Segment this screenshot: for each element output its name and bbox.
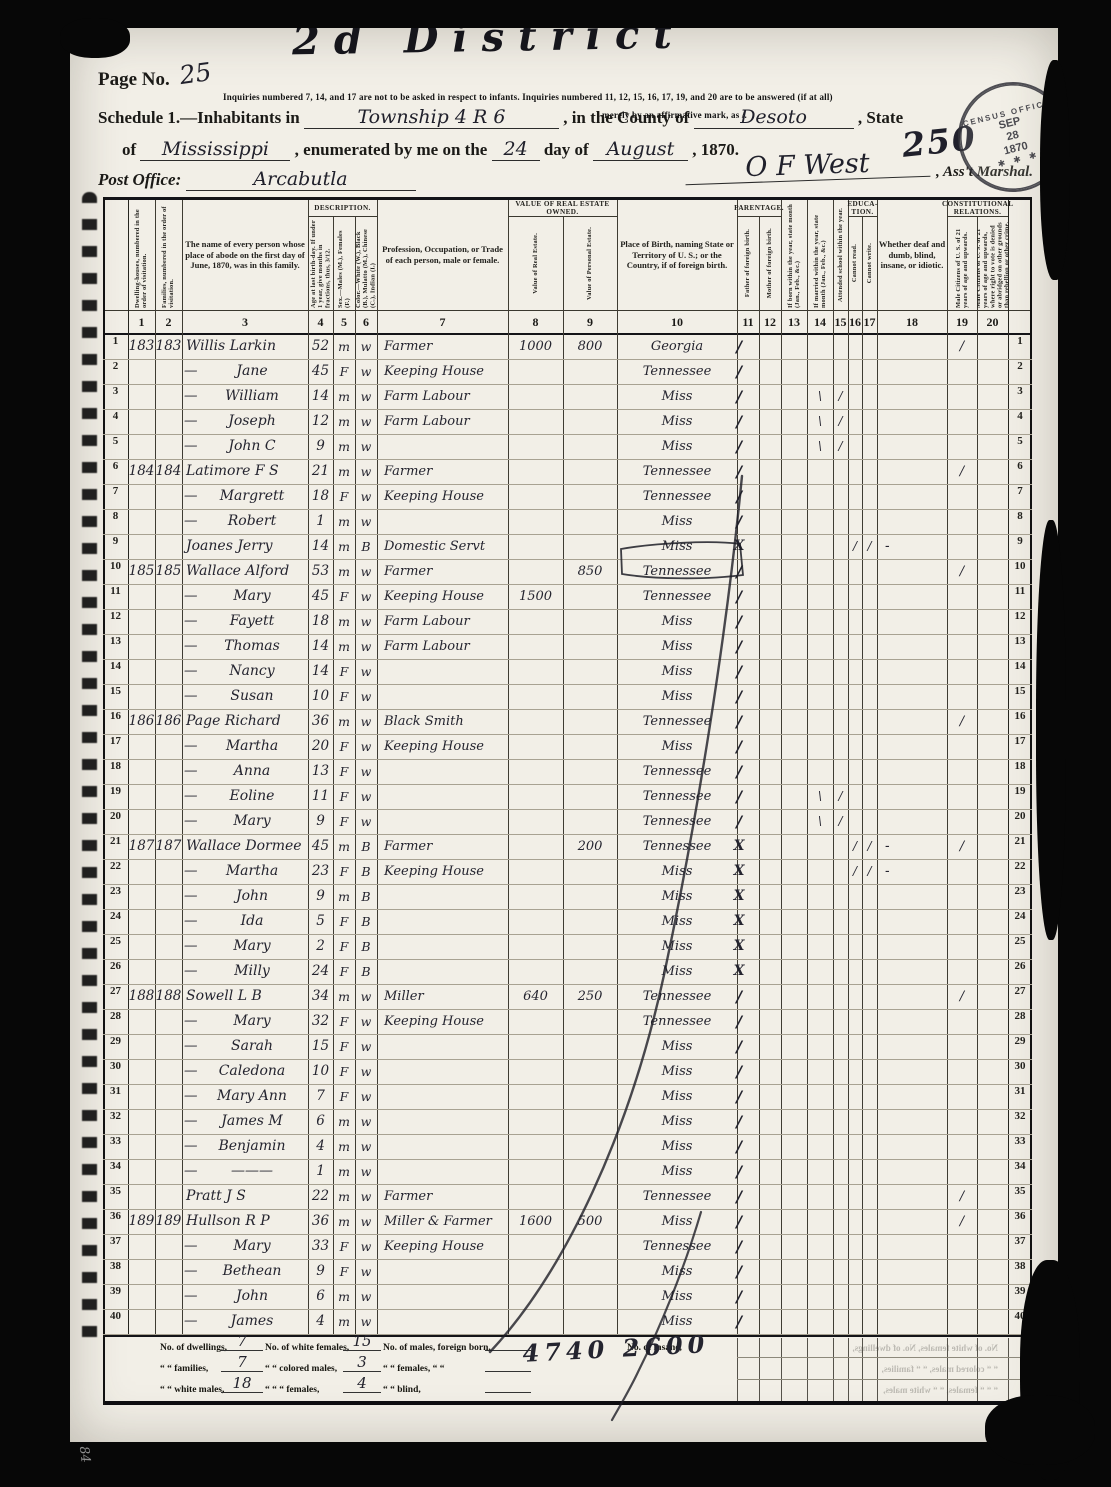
- cell-o: Keeping House: [377, 735, 515, 760]
- birthplace-tally-mark: /: [728, 985, 750, 1010]
- cell-a: 53: [308, 560, 333, 585]
- cell-s: m: [333, 1110, 355, 1135]
- column-number-2: 2: [155, 311, 182, 333]
- column-header-label: Place of Birth, naming State or Territor…: [618, 239, 736, 271]
- cell-a: 45: [308, 835, 333, 860]
- cell-a: 18: [308, 485, 333, 510]
- name-ditto-dash: —: [184, 610, 202, 635]
- cell-o: Domestic Servt: [377, 535, 515, 560]
- post-office-value: Arcabutla: [186, 170, 416, 191]
- cell-m19: /: [947, 335, 977, 360]
- cell-c: w: [355, 385, 377, 410]
- row-number-right: 13: [1008, 635, 1032, 660]
- cell-c: w: [355, 585, 377, 610]
- cell-c: w: [355, 1185, 377, 1210]
- table-row: 292915FwMissSarah—/: [103, 1035, 1032, 1060]
- cell-o: Keeping House: [377, 485, 515, 510]
- column-header-label: Profession, Occupation, or Trade of each…: [378, 244, 507, 265]
- row-number-right: 26: [1008, 960, 1032, 985]
- cell-m14: \: [807, 410, 833, 435]
- cell-m15: /: [833, 410, 848, 435]
- cell-d: 187: [128, 835, 155, 860]
- cell-pe: 500: [563, 1210, 617, 1235]
- scan-border-bottom: [0, 1442, 1111, 1487]
- column-group-header: Educa- tion.: [848, 200, 877, 217]
- cell-name: Latimore F S: [182, 460, 308, 485]
- row-number-right: 34: [1008, 1160, 1032, 1185]
- cell-c: B: [355, 535, 377, 560]
- row-number-right: 24: [1008, 910, 1032, 935]
- cell-s: m: [333, 410, 355, 435]
- cell-c: w: [355, 485, 377, 510]
- cell-a: 24: [308, 960, 333, 985]
- row-number-left: 26: [103, 960, 128, 985]
- row-number-right: 23: [1008, 885, 1032, 910]
- cell-s: m: [333, 435, 355, 460]
- census-table: Description.Value of Real Estate Owned.P…: [103, 197, 1032, 1405]
- cell-m16: /: [848, 835, 862, 860]
- cell-m15: /: [833, 810, 848, 835]
- column-header-11: Father of foreign birth.: [737, 217, 759, 310]
- table-row: 212118718745mBFarmer200Tennessee//-/Wall…: [103, 835, 1032, 860]
- cell-a: 2: [308, 935, 333, 960]
- cell-pb: Tennessee: [617, 760, 737, 785]
- row-number-left: 5: [103, 435, 128, 460]
- row-number-right: 37: [1008, 1235, 1032, 1260]
- cell-a: 45: [308, 360, 333, 385]
- cell-pb: Miss: [617, 860, 737, 885]
- column-number-17: 17: [862, 311, 877, 333]
- column-number-10: 10: [617, 311, 737, 333]
- footer-value-b: 4: [343, 1376, 381, 1393]
- birthplace-tally-mark: /: [728, 1035, 750, 1060]
- cell-m17: /: [862, 860, 877, 885]
- cell-c: w: [355, 510, 377, 535]
- cell-c: w: [355, 735, 377, 760]
- table-row: 171720FwKeeping HouseMissMartha—/: [103, 735, 1032, 760]
- name-ditto-dash: —: [184, 885, 202, 910]
- footer-value-b: 3: [343, 1355, 381, 1372]
- birthplace-tally-mark: /: [728, 360, 750, 385]
- row-number-right: 9: [1008, 535, 1032, 560]
- instructions-part-2: Inquiries numbered 11, 12, 15, 16, 17, 1…: [522, 92, 833, 102]
- footer-column-line: [1008, 1338, 1009, 1401]
- column-number-19: 19: [947, 311, 977, 333]
- cell-re: 1500: [508, 585, 563, 610]
- schedule-title-line-2: of Mississippi , enumerated by me on the…: [122, 140, 739, 161]
- cell-m15: /: [833, 385, 848, 410]
- row-number-left: 14: [103, 660, 128, 685]
- table-row: 9914mBDomestic ServtMiss//-Joanes JerryX: [103, 535, 1032, 560]
- cell-a: 10: [308, 1060, 333, 1085]
- row-number-right: 28: [1008, 1010, 1032, 1035]
- cell-pb: Miss: [617, 535, 737, 560]
- state-value: Mississippi: [140, 140, 290, 161]
- row-number-left: 1: [103, 335, 128, 360]
- name-ditto-dash: —: [184, 1285, 202, 1310]
- cell-pb: Tennessee: [617, 485, 737, 510]
- cell-m16: /: [848, 535, 862, 560]
- row-number-right: 29: [1008, 1035, 1032, 1060]
- row-number-right: 25: [1008, 935, 1032, 960]
- cell-s: F: [333, 1235, 355, 1260]
- row-number-left: 15: [103, 685, 128, 710]
- birthplace-tally-mark: X: [728, 535, 750, 560]
- birthplace-tally-mark: /: [728, 635, 750, 660]
- cell-pb: Miss: [617, 885, 737, 910]
- footer-bleedthrough-text: No. of white females, No. of dwellings,: [678, 1343, 998, 1353]
- cell-s: m: [333, 385, 355, 410]
- cell-re: 1600: [508, 1210, 563, 1235]
- cell-a: 14: [308, 385, 333, 410]
- column-number-6: 6: [355, 311, 377, 333]
- name-ditto-dash: —: [184, 485, 202, 510]
- footer-value-a: 7: [221, 1334, 263, 1351]
- table-row: 222223FBKeeping HouseMiss//-Martha—X: [103, 860, 1032, 885]
- row-number-left: 34: [103, 1160, 128, 1185]
- footer-label-a: No. of dwellings,: [160, 1343, 227, 1353]
- cell-a: 9: [308, 435, 333, 460]
- name-ditto-dash: —: [184, 910, 202, 935]
- column-header-label: Cannot write.: [866, 243, 873, 283]
- cell-m14: \: [807, 435, 833, 460]
- cell-s: F: [333, 1010, 355, 1035]
- column-header-3: The name of every person whose place of …: [182, 200, 308, 310]
- rule-line: [103, 1401, 1032, 1405]
- table-row: 121218mwFarm LabourMissFayett—/: [103, 610, 1032, 635]
- column-number-11: 11: [737, 311, 759, 333]
- name-ditto-dash: —: [184, 410, 202, 435]
- row-number-right: 10: [1008, 560, 1032, 585]
- cell-s: m: [333, 1135, 355, 1160]
- birthplace-tally-mark: /: [728, 435, 750, 460]
- cell-name: Willis Larkin: [182, 335, 308, 360]
- cell-s: m: [333, 460, 355, 485]
- column-number-12: 12: [759, 311, 781, 333]
- cell-c: w: [355, 1035, 377, 1060]
- row-number-left: 7: [103, 485, 128, 510]
- column-header-17: Cannot write.: [862, 217, 877, 310]
- birthplace-tally-mark: /: [728, 710, 750, 735]
- column-header-label: Attended school within the year.: [837, 208, 844, 302]
- column-header-label: Male Citizens of U. S. of 21 years of ag…: [977, 219, 1008, 308]
- cell-m19: /: [947, 835, 977, 860]
- cell-c: w: [355, 1010, 377, 1035]
- cell-o: Farm Labour: [377, 410, 515, 435]
- footer-label-c: “ “ blind,: [383, 1385, 421, 1395]
- footer-label-c: No. of males, foreign born,: [383, 1343, 491, 1353]
- birthplace-tally-mark: /: [728, 410, 750, 435]
- name-ditto-dash: —: [184, 660, 202, 685]
- cell-o: Miller & Farmer: [377, 1210, 515, 1235]
- cell-a: 36: [308, 710, 333, 735]
- column-header-label: Value of Real Estate.: [532, 233, 539, 294]
- cell-pb: Miss: [617, 685, 737, 710]
- cell-name: Page Richard: [182, 710, 308, 735]
- column-number-20: 20: [977, 311, 1008, 333]
- cell-a: 4: [308, 1135, 333, 1160]
- cell-pb: Miss: [617, 1085, 737, 1110]
- cell-s: F: [333, 485, 355, 510]
- birthplace-tally-mark: /: [728, 1210, 750, 1235]
- cell-a: 14: [308, 660, 333, 685]
- name-ditto-dash: —: [184, 1260, 202, 1285]
- cell-c: w: [355, 1285, 377, 1310]
- row-number-left: 33: [103, 1135, 128, 1160]
- cell-a: 7: [308, 1085, 333, 1110]
- cell-c: B: [355, 835, 377, 860]
- cell-m19: /: [947, 1185, 977, 1210]
- table-row: 353522mwFarmerTennessee/Pratt J S/: [103, 1185, 1032, 1210]
- footer-label-a: “ “ white males,: [160, 1385, 224, 1395]
- column-header-7: Profession, Occupation, or Trade of each…: [377, 200, 508, 310]
- column-header-19: Male Citizens of U. S. of 21 years of ag…: [947, 217, 977, 310]
- cell-o: Keeping House: [377, 860, 515, 885]
- row-number-right: 30: [1008, 1060, 1032, 1085]
- cell-c: w: [355, 560, 377, 585]
- cell-c: w: [355, 810, 377, 835]
- cell-o: Keeping House: [377, 360, 515, 385]
- cell-pb: Tennessee: [617, 1235, 737, 1260]
- birthplace-tally-mark: /: [728, 1160, 750, 1185]
- table-row: 3314mwFarm LabourMiss\/William—/: [103, 385, 1032, 410]
- table-row: 2245FwKeeping HouseTennesseeJane—/: [103, 360, 1032, 385]
- row-number-left: 9: [103, 535, 128, 560]
- table-row: 34341mwMiss————/: [103, 1160, 1032, 1185]
- row-number-left: 30: [103, 1060, 128, 1085]
- row-number-right: 1: [1008, 335, 1032, 360]
- birthplace-tally-mark: /: [728, 685, 750, 710]
- cell-pe: 800: [563, 335, 617, 360]
- table-row: 31317FwMissMary Ann—/: [103, 1085, 1032, 1110]
- cell-o: Keeping House: [377, 1010, 515, 1035]
- row-number-right: 36: [1008, 1210, 1032, 1235]
- day-label: day of: [544, 140, 589, 159]
- binding-holes: [82, 192, 97, 1352]
- footer-value-b: 15: [343, 1334, 381, 1351]
- column-number-14: 14: [807, 311, 833, 333]
- cell-m19: /: [947, 460, 977, 485]
- birthplace-tally-mark: /: [728, 585, 750, 610]
- cell-pb: Tennessee: [617, 585, 737, 610]
- scan-border-left: [0, 0, 70, 1487]
- cell-c: w: [355, 360, 377, 385]
- township-value: Township 4 R 6: [304, 108, 559, 129]
- birthplace-tally-mark: /: [728, 1085, 750, 1110]
- name-ditto-dash: —: [184, 935, 202, 960]
- name-ditto-dash: —: [184, 385, 202, 410]
- cell-m16: /: [848, 860, 862, 885]
- name-ditto-dash: —: [184, 510, 202, 535]
- column-header-label: Value of Personal Estate.: [586, 227, 593, 300]
- cell-a: 4: [308, 1310, 333, 1335]
- row-number-right: 3: [1008, 385, 1032, 410]
- cell-s: F: [333, 935, 355, 960]
- row-number-right: 2: [1008, 360, 1032, 385]
- cell-a: 9: [308, 810, 333, 835]
- table-row: 373733FwKeeping HouseTennesseeMary—/: [103, 1235, 1032, 1260]
- cell-a: 13: [308, 760, 333, 785]
- cell-pb: Tennessee: [617, 460, 737, 485]
- row-number-left: 22: [103, 860, 128, 885]
- cell-f: 185: [155, 560, 182, 585]
- name-ditto-dash: —: [184, 785, 202, 810]
- table-row: 23239mBMissJohn—X: [103, 885, 1032, 910]
- cell-a: 20: [308, 735, 333, 760]
- column-group-header: Constitutional Relations.: [947, 200, 1008, 217]
- table-row: 25252FBMissMary—X: [103, 935, 1032, 960]
- cell-pe: 850: [563, 560, 617, 585]
- column-header-5: Sex.—Males (M.), Females (F.): [333, 217, 355, 310]
- column-header-1: Dwelling-houses, numbered in the order o…: [128, 200, 155, 310]
- column-header-8: Value of Real Estate.: [508, 217, 563, 310]
- cell-c: w: [355, 1085, 377, 1110]
- cell-re: 1000: [508, 335, 563, 360]
- cell-o: Farm Labour: [377, 610, 515, 635]
- table-row: 191911FwTennessee\/Eoline—/: [103, 785, 1032, 810]
- row-number-right: 22: [1008, 860, 1032, 885]
- row-number-right: 27: [1008, 985, 1032, 1010]
- county-label: , in the County of: [563, 108, 689, 127]
- row-number-left: 6: [103, 460, 128, 485]
- cell-pb: Miss: [617, 935, 737, 960]
- cell-m17: /: [862, 535, 877, 560]
- cell-f: 188: [155, 985, 182, 1010]
- scan-blemish: [985, 1395, 1095, 1465]
- cell-f: 184: [155, 460, 182, 485]
- birthplace-tally-mark: X: [728, 960, 750, 985]
- cell-a: 1: [308, 1160, 333, 1185]
- cell-m19: /: [947, 560, 977, 585]
- column-number-8: 8: [508, 311, 563, 333]
- birthplace-tally-mark: /: [728, 460, 750, 485]
- enumerated-label: , enumerated by me on the: [295, 140, 488, 159]
- cell-c: w: [355, 435, 377, 460]
- cell-s: F: [333, 1035, 355, 1060]
- birthplace-tally-mark: /: [728, 735, 750, 760]
- row-number-left: 36: [103, 1210, 128, 1235]
- cell-s: m: [333, 710, 355, 735]
- column-header-label: Male Citizens of U. S. of 21 years of ag…: [955, 219, 969, 308]
- scan-blemish: [60, 18, 130, 58]
- column-header-9: Value of Personal Estate.: [563, 217, 617, 310]
- cell-c: B: [355, 960, 377, 985]
- row-number-left: 17: [103, 735, 128, 760]
- cell-c: w: [355, 1210, 377, 1235]
- cell-o: Farmer: [377, 1185, 515, 1210]
- table-row: 1118318352mwFarmer1000800Georgia/Willis …: [103, 335, 1032, 360]
- column-header-label: Whether deaf and dumb, blind, insane, or…: [878, 239, 946, 271]
- cell-pb: Miss: [617, 610, 737, 635]
- cell-s: m: [333, 610, 355, 635]
- row-number-left: 35: [103, 1185, 128, 1210]
- scan-border-top: [0, 0, 1111, 28]
- row-number-left: 20: [103, 810, 128, 835]
- cell-c: w: [355, 1235, 377, 1260]
- cell-pb: Miss: [617, 1135, 737, 1160]
- table-row: 303010FwMissCaledona—/: [103, 1060, 1032, 1085]
- cell-c: w: [355, 760, 377, 785]
- cell-s: F: [333, 860, 355, 885]
- cell-a: 9: [308, 1260, 333, 1285]
- name-ditto-dash: —: [184, 760, 202, 785]
- row-number-left: 37: [103, 1235, 128, 1260]
- birthplace-tally-mark: X: [728, 885, 750, 910]
- table-row: 141414FwMissNancy—/: [103, 660, 1032, 685]
- cell-f: 189: [155, 1210, 182, 1235]
- table-row: 282832FwKeeping HouseTennesseeMary—/: [103, 1010, 1032, 1035]
- cell-s: F: [333, 685, 355, 710]
- cell-c: w: [355, 985, 377, 1010]
- birthplace-tally-mark: /: [728, 785, 750, 810]
- name-ditto-dash: —: [184, 810, 202, 835]
- birthplace-tally-mark: /: [728, 385, 750, 410]
- column-header-13: If born within the year, state month (Ja…: [781, 200, 807, 310]
- row-number-left: 32: [103, 1110, 128, 1135]
- row-number-left: 23: [103, 885, 128, 910]
- row-number-right: 12: [1008, 610, 1032, 635]
- cell-pb: Miss: [617, 435, 737, 460]
- column-group-header: Value of Real Estate Owned.: [508, 200, 617, 217]
- column-header-label: Father of foreign birth.: [744, 229, 751, 297]
- column-header-label: Color.—White (W.), Black (B.), Mulatto (…: [355, 219, 377, 308]
- cell-m18: -: [877, 860, 955, 885]
- row-number-right: 11: [1008, 585, 1032, 610]
- footer-value-a: 18: [221, 1376, 263, 1393]
- cell-pb: Tennessee: [617, 360, 737, 385]
- name-ditto-dash: —: [184, 1110, 202, 1135]
- column-number-13: 13: [781, 311, 807, 333]
- cell-m19: /: [947, 1210, 977, 1235]
- cell-c: w: [355, 335, 377, 360]
- post-office-line: Post Office: Arcabutla: [98, 170, 416, 191]
- name-ditto-dash: —: [184, 1310, 202, 1335]
- cell-c: w: [355, 1135, 377, 1160]
- cell-m18: -: [877, 535, 955, 560]
- birthplace-tally-mark: /: [728, 610, 750, 635]
- cell-m15: /: [833, 785, 848, 810]
- column-header-label: If born within the year, state month (Ja…: [787, 202, 801, 308]
- cell-o: Miller: [377, 985, 515, 1010]
- cell-pb: Miss: [617, 385, 737, 410]
- column-header-label: The name of every person whose place of …: [183, 239, 307, 271]
- footer-label-b: No. of white females,: [265, 1343, 349, 1353]
- column-header-2: Families, numbered in the order of visit…: [155, 200, 182, 310]
- county-value: Desoto: [694, 108, 854, 129]
- cell-o: Keeping House: [377, 1235, 515, 1260]
- cell-o: Farmer: [377, 835, 515, 860]
- cell-o: Farmer: [377, 560, 515, 585]
- row-number-left: 16: [103, 710, 128, 735]
- footer-label-b: “ “ “ females,: [265, 1385, 319, 1395]
- row-number-right: 21: [1008, 835, 1032, 860]
- cell-s: F: [333, 1260, 355, 1285]
- cell-pb: Miss: [617, 510, 737, 535]
- birthplace-tally-mark: /: [728, 1285, 750, 1310]
- cell-m14: \: [807, 810, 833, 835]
- column-header-label: Sex.—Males (M.), Females (F.): [337, 219, 351, 308]
- cell-d: 188: [128, 985, 155, 1010]
- column-number-4: 4: [308, 311, 333, 333]
- cell-a: 34: [308, 985, 333, 1010]
- cell-o: Keeping House: [377, 585, 515, 610]
- footer-label-b: “ “ colored males,: [265, 1364, 337, 1374]
- month-value: August: [593, 140, 688, 161]
- birthplace-tally-mark: /: [728, 1185, 750, 1210]
- table-row: 33334mwMissBenjamin—/: [103, 1135, 1032, 1160]
- cell-a: 14: [308, 535, 333, 560]
- cell-s: F: [333, 785, 355, 810]
